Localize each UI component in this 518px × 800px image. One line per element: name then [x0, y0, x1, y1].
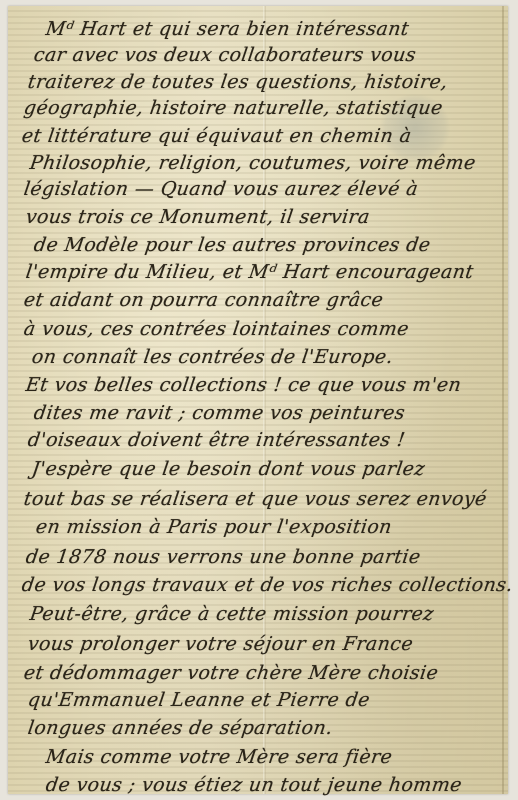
text-line: longues années de séparation. — [26, 717, 334, 739]
text-line: traiterez de toutes les questions, histo… — [26, 71, 449, 93]
text-line: J'espère que le besoin dont vous parlez — [30, 458, 426, 480]
text-line: Peut-être, grâce à cette mission pourrez — [28, 603, 435, 625]
text-line: tout bas se réalisera et que vous serez … — [22, 488, 488, 510]
text-line: dites me ravit ; comme vos peintures — [32, 402, 406, 424]
scanned-page: Mᵈ Hart et qui sera bien intéressant car… — [0, 0, 518, 800]
text-line: Mᵈ Hart et qui sera bien intéressant — [44, 18, 410, 40]
text-line: de 1878 nous verrons une bonne partie — [24, 546, 422, 568]
text-line: de Modèle pour les autres provinces de — [32, 234, 432, 256]
text-line: l'empire du Milieu, et Mᵈ Hart encourage… — [24, 261, 475, 283]
text-line: car avec vos deux collaborateurs vous — [32, 44, 417, 66]
text-line: vous prolonger votre séjour en France — [26, 633, 414, 655]
text-line: géographie, histoire naturelle, statisti… — [22, 97, 444, 119]
right-edge-crease — [502, 6, 504, 794]
text-line: Mais comme votre Mère sera fière — [44, 746, 393, 768]
text-line: et aidant on pourra connaître grâce — [22, 289, 384, 311]
text-line: Et vos belles collections ! ce que vous … — [24, 374, 462, 396]
text-line: d'oiseaux doivent être intéressantes ! — [26, 429, 406, 451]
text-line: et dédommager votre chère Mère choisie — [22, 662, 439, 684]
text-line: et littérature qui équivaut en chemin à — [20, 125, 412, 147]
text-line: à vous, ces contrées lointaines comme — [22, 318, 410, 340]
text-line: de vos longs travaux et de vos riches co… — [20, 574, 514, 596]
text-line: Philosophie, religion, coutumes, voire m… — [28, 152, 477, 174]
text-line: on connaît les contrées de l'Europe. — [30, 346, 394, 368]
text-line: de vous ; vous étiez un tout jeune homme — [44, 774, 463, 796]
text-line: législation — Quand vous aurez élevé à — [22, 178, 419, 200]
text-line: vous trois ce Monument, il servira — [24, 206, 371, 228]
text-line: en mission à Paris pour l'exposition — [34, 516, 393, 538]
text-line: qu'Emmanuel Leanne et Pierre de — [26, 689, 371, 711]
